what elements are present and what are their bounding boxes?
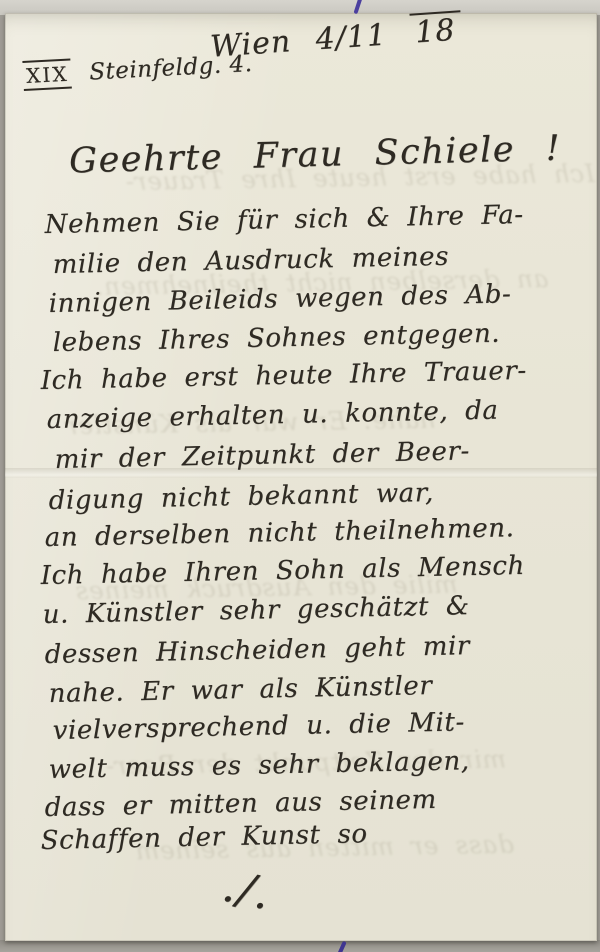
body-line: Nehmen Sie für sich & Ihre Fa- (44, 200, 524, 240)
body-line: u. Künstler sehr geschätzt & (42, 591, 470, 630)
backdrop-strip-bottom (0, 940, 600, 952)
body-line: vielversprechend u. die Mit- (52, 707, 465, 746)
letter-page: Ich habe erst heute Ihre Trauer- an ders… (5, 13, 597, 941)
body-line: digung nicht bekannt war, (48, 478, 434, 516)
page-continuation-mark: ./. (218, 860, 276, 920)
body-line: anzeige erhalten u. konnte, da (46, 396, 498, 435)
district-number: XIX (22, 58, 72, 90)
body-line: innigen Beileids wegen des Ab- (48, 279, 511, 319)
date-year: 18 (410, 10, 463, 50)
body-line: an derselben nicht theilnehmen. (44, 513, 514, 553)
address-line: XIX Steinfeldg. 4. (22, 51, 253, 89)
salutation: Geehrte Frau Schiele ! (69, 129, 562, 182)
body-line: dass er mitten aus seinem (44, 785, 437, 823)
date-day-month: 4/11 (314, 17, 388, 57)
body-line: dessen Hinscheiden geht mir (44, 631, 470, 670)
body-line: nahe. Er war als Künstler (48, 671, 432, 709)
photo-backdrop: Ich habe erst heute Ihre Trauer- an ders… (0, 0, 600, 952)
body-line: Ich habe Ihren Sohn als Mensch (40, 551, 525, 591)
body-line: Ich habe erst heute Ihre Trauer- (40, 356, 527, 396)
body-line: milie den Ausdruck meines (52, 242, 449, 280)
street-address: Steinfeldg. 4. (89, 51, 253, 86)
body-line: Schaffen der Kunst so (40, 819, 368, 856)
body-line: lebens Ihres Sohnes entgegen. (52, 319, 500, 358)
body-line: welt muss es sehr beklagen, (48, 746, 470, 785)
